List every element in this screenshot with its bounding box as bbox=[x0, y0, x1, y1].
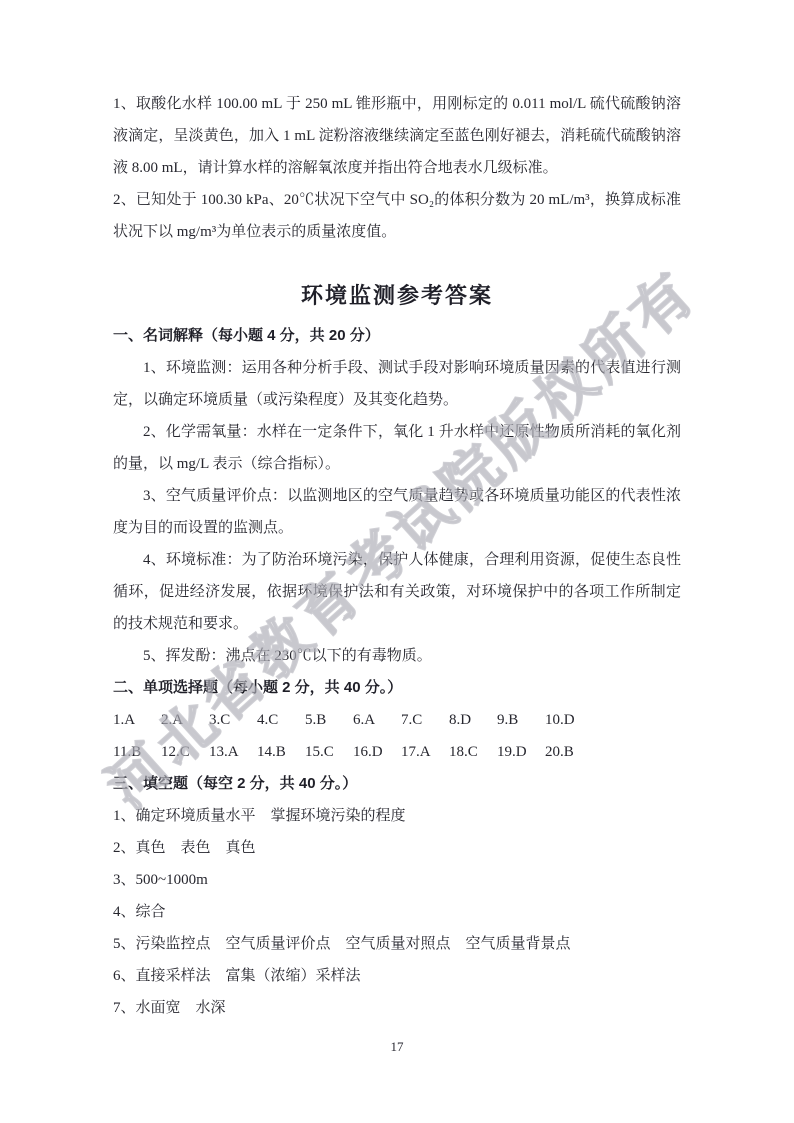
fill-blank-item-4: 4、综合 bbox=[113, 896, 681, 928]
choice-answer: 2.A bbox=[161, 704, 209, 736]
definition-item-5: 5、挥发酚：沸点在 230℃以下的有毒物质。 bbox=[113, 640, 681, 672]
choice-answer: 20.B bbox=[545, 736, 681, 768]
section2-heading: 二、单项选择题（每小题 2 分，共 40 分。） bbox=[113, 672, 681, 704]
definition-item-1: 1、环境监测：运用各种分析手段、测试手段对影响环境质量因素的代表值进行测定，以确… bbox=[113, 352, 681, 416]
intro-question-2: 2、已知处于 100.30 kPa、20℃状况下空气中 SO₂的体积分数为 20… bbox=[113, 184, 681, 248]
choice-answer: 6.A bbox=[353, 704, 401, 736]
fill-blank-item-1: 1、确定环境质量水平 掌握环境污染的程度 bbox=[113, 800, 681, 832]
choice-answer: 10.D bbox=[545, 704, 681, 736]
answer-key-title: 环境监测参考答案 bbox=[113, 278, 681, 314]
choice-answer: 16.D bbox=[353, 736, 401, 768]
choice-answer: 13.A bbox=[209, 736, 257, 768]
choice-answer: 17.A bbox=[401, 736, 449, 768]
section1-heading: 一、名词解释（每小题 4 分，共 20 分） bbox=[113, 320, 681, 352]
section3-heading: 三、填空题（每空 2 分，共 40 分。） bbox=[113, 768, 681, 800]
choice-answers-row-2: 11.B 12.C 13.A 14.B 15.C 16.D 17.A 18.C … bbox=[113, 736, 681, 768]
document-page: 1、取酸化水样 100.00 mL 于 250 mL 锥形瓶中，用刚标定的 0.… bbox=[0, 0, 794, 1123]
definition-item-2: 2、化学需氧量：水样在一定条件下，氧化 1 升水样中还原性物质所消耗的氧化剂的量… bbox=[113, 416, 681, 480]
choice-answer: 18.C bbox=[449, 736, 497, 768]
page-content: 1、取酸化水样 100.00 mL 于 250 mL 锥形瓶中，用刚标定的 0.… bbox=[113, 88, 681, 1024]
choice-answer: 12.C bbox=[161, 736, 209, 768]
choice-answer: 3.C bbox=[209, 704, 257, 736]
choice-answer: 1.A bbox=[113, 704, 161, 736]
definition-item-3: 3、空气质量评价点：以监测地区的空气质量趋势或各环境质量功能区的代表性浓度为目的… bbox=[113, 480, 681, 544]
definition-item-4: 4、环境标准：为了防治环境污染，保护人体健康，合理利用资源，促使生态良性循环，促… bbox=[113, 544, 681, 640]
fill-blank-item-5: 5、污染监控点 空气质量评价点 空气质量对照点 空气质量背景点 bbox=[113, 928, 681, 960]
fill-blank-item-3: 3、500~1000m bbox=[113, 864, 681, 896]
fill-blank-item-6: 6、直接采样法 富集（浓缩）采样法 bbox=[113, 960, 681, 992]
fill-blank-item-2: 2、真色 表色 真色 bbox=[113, 832, 681, 864]
choice-answer: 15.C bbox=[305, 736, 353, 768]
choice-answer: 19.D bbox=[497, 736, 545, 768]
choice-answer: 8.D bbox=[449, 704, 497, 736]
choice-answer: 11.B bbox=[113, 736, 161, 768]
choice-answer: 5.B bbox=[305, 704, 353, 736]
choice-answer: 14.B bbox=[257, 736, 305, 768]
fill-blank-item-7: 7、水面宽 水深 bbox=[113, 992, 681, 1024]
intro-question-1: 1、取酸化水样 100.00 mL 于 250 mL 锥形瓶中，用刚标定的 0.… bbox=[113, 88, 681, 184]
choice-answer: 7.C bbox=[401, 704, 449, 736]
choice-answers-row-1: 1.A 2.A 3.C 4.C 5.B 6.A 7.C 8.D 9.B 10.D bbox=[113, 704, 681, 736]
page-number: 17 bbox=[0, 1038, 794, 1056]
choice-answer: 9.B bbox=[497, 704, 545, 736]
choice-answer: 4.C bbox=[257, 704, 305, 736]
